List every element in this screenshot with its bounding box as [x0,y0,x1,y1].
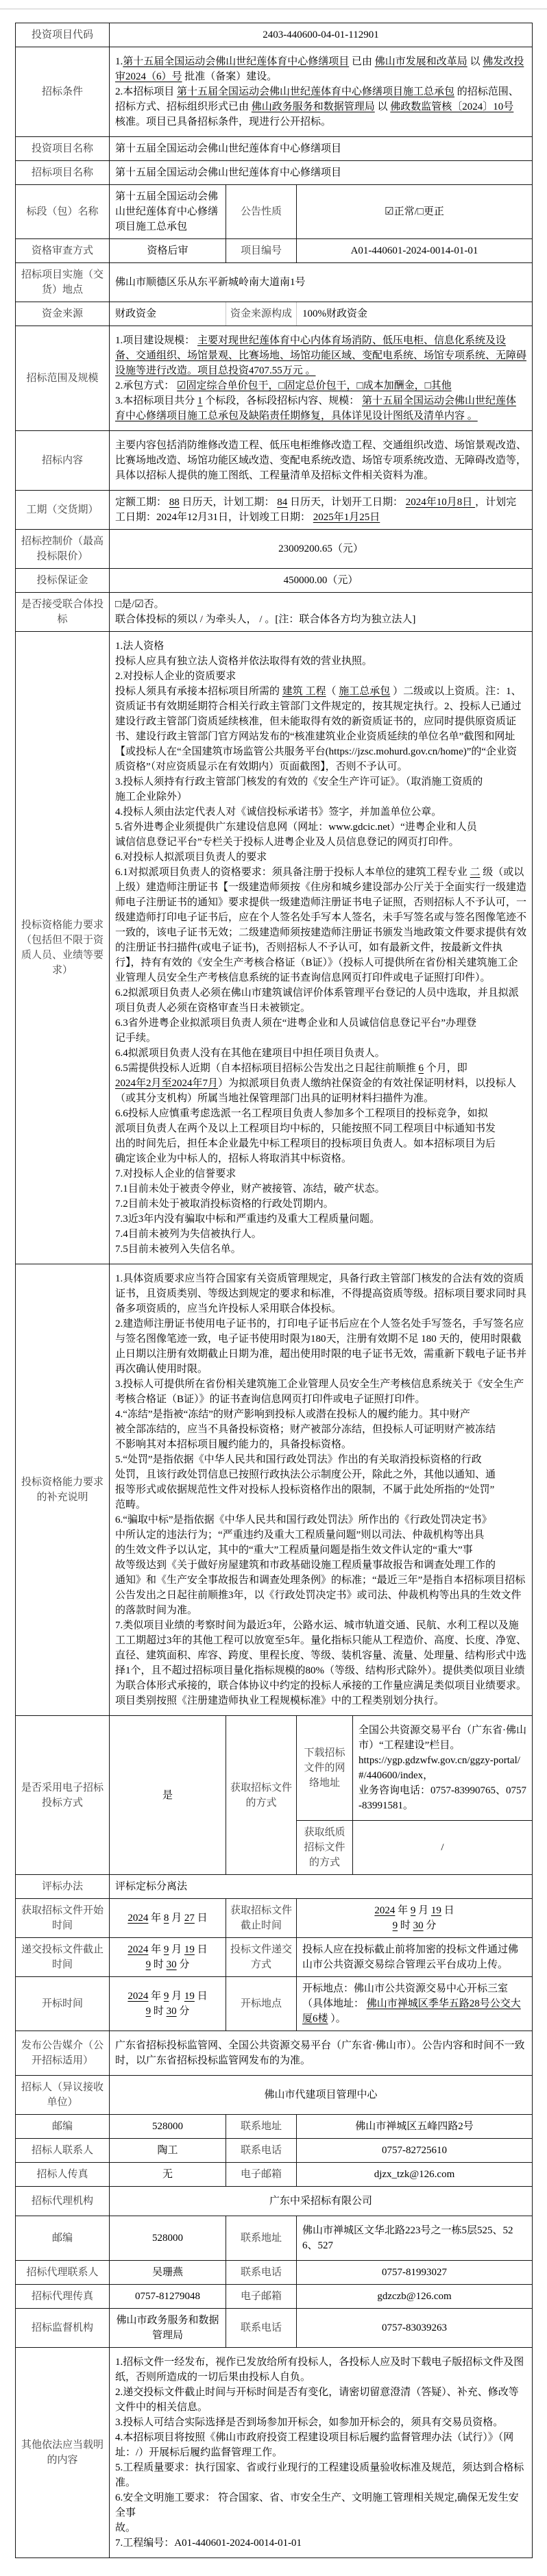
agency-fax-label: 招标代理传真 [16,2285,110,2309]
qualification-supplement-value: 1.具体资质要求应当符合国家有关资质管理规定，具备行政主管部门核发的合法有效的资… [110,1264,533,1716]
tenderer-label: 招标人（异议接收单位） [16,2076,110,2115]
bid-bond-value: 450000.00（元） [110,569,533,593]
agency-email-value: gdzczb@126.com [297,2285,533,2309]
row-section-name: 标段（包）名称 第十五届全国运动会佛山世纪莲体育中心修缮项目施工总承包 公告性质… [16,185,533,239]
consortium-label: 是否接受联合体投标 [16,593,110,632]
submission-deadline-label: 递交投标文件截止时间 [16,1938,110,1977]
fund-source-label: 资金来源 [16,302,110,326]
evaluation-method-label: 评标办法 [16,1875,110,1899]
row-tenderer-postcode: 邮编 528000 联系地址 佛山市禅城区五峰四路2号 [16,2115,533,2139]
location-label: 招标项目实施（交货）地点 [16,263,110,302]
agency-address-label: 联系地址 [226,2216,297,2261]
supervision-phone-value: 0757-83039263 [297,2309,533,2348]
doc-obtain-method-label: 获取招标文件的方式 [226,1716,297,1875]
row-tender-conditions: 招标条件 1.第十五届全国运动会佛山世纪莲体育中心修缮项目 已由 佛山市发展和改… [16,47,533,137]
project-number-value: A01-440601-2024-0014-01-01 [297,239,533,263]
fund-composition-label: 资金来源构成 [226,302,297,326]
doc-obtain-start-value: 2024 年 8 月 27 日 [110,1899,226,1938]
control-price-label: 招标控制价（最高投标限价） [16,530,110,569]
row-agency: 招标代理机构 广东中采招标有限公司 [16,2187,533,2216]
doc-obtain-start-label: 获取招标文件开始时间 [16,1899,110,1938]
row-tender-content: 招标内容 主要内容包括消防维修改造工程、低压电柜维修改造工程、交通组织改造、场馆… [16,431,533,491]
row-tenderer-contact: 招标人联系人 陶工 联系电话 0757-82725610 [16,2139,533,2163]
tenderer-postcode-value: 528000 [110,2115,226,2139]
opening-place-value: 开标地点：佛山市公共资源交易中心开标三室（具体地址： 佛山市禅城区季华五路28号… [297,1977,533,2031]
qualification-requirements-label: 投标资格能力要求（包括但不限于资质人员、业绩等要求） [16,632,110,1264]
tender-project-name-label: 招标项目名称 [16,161,110,185]
consortium-value: □是/☑否。 联合体投标的须以 / 为牵头人， / 。[注：联合体各方均为独立法… [110,593,533,632]
location-value: 佛山市顺德区乐从东平新城岭南大道南1号 [110,263,533,302]
supervision-value: 佛山市政务服务和数据管理局 [110,2309,226,2348]
investment-project-name-label: 投资项目名称 [16,137,110,161]
agency-postcode-value: 528000 [110,2216,226,2261]
agency-label: 招标代理机构 [16,2187,110,2216]
row-location: 招标项目实施（交货）地点 佛山市顺德区乐从东平新城岭南大道南1号 [16,263,533,302]
row-agency-contact: 招标代理联系人 吴珊燕 联系电话 0757-81993027 [16,2261,533,2285]
announcement-media-value: 广东省招标投标监管网、全国公共资源交易平台（广东省·佛山市）。公告内容和时间不一… [110,2031,533,2076]
project-code-label: 投资项目代码 [16,23,110,47]
supervision-label: 招标监督机构 [16,2309,110,2348]
agency-address-value: 佛山市禅城区文华北路223号之一栋5层525、526、527 [297,2216,533,2261]
row-tenderer: 招标人（异议接收单位） 佛山市代建项目管理中心 [16,2076,533,2115]
row-other-contents: 其他依法应当载明的内容 1.招标文件一经发布，视作已发放给所有投标人，各投标人应… [16,2348,533,2558]
tenderer-phone-label: 联系电话 [226,2139,297,2163]
section-name-value: 第十五届全国运动会佛山世纪莲体育中心修缮项目施工总承包 [110,185,226,239]
qualification-supplement-label: 投标资格能力要求的补充说明 [16,1264,110,1716]
opening-place-label: 开标地点 [226,1977,297,2031]
fund-source-value: 财政资金 [110,302,226,326]
row-qualification-review: 资格审查方式 资格后审 项目编号 A01-440601-2024-0014-01… [16,239,533,263]
qualification-review-label: 资格审查方式 [16,239,110,263]
row-agency-fax: 招标代理传真 0757-81279048 电子邮箱 gdzczb@126.com [16,2285,533,2309]
tenderer-contact-label: 招标人联系人 [16,2139,110,2163]
row-opening-time: 开标时间 2024 年 9 月 19 日 9 时 30 分 开标地点 开标地点：… [16,1977,533,2031]
other-contents-value: 1.招标文件一经发布，视作已发放给所有投标人，各投标人应及时下载电子版招标文件及… [110,2348,533,2558]
bid-bond-label: 投标保证金 [16,569,110,593]
agency-value: 广东中采招标有限公司 [110,2187,533,2216]
tenderer-address-value: 佛山市禅城区五峰四路2号 [297,2115,533,2139]
qualification-requirements-value: 1.法人资格 投标人应具有独立法人资格并依法取得有效的营业执照。 2.对投标人企… [110,632,533,1264]
row-evaluation-method: 评标办法 评标定标分离法 [16,1875,533,1899]
qualification-review-value: 资格后审 [110,239,226,263]
tender-conditions-value: 1.第十五届全国运动会佛山世纪莲体育中心修缮项目 已由 佛山市发展和改革局 以 … [110,47,533,137]
opening-time-label: 开标时间 [16,1977,110,2031]
tender-announcement-table: 投资项目代码 2403-440600-04-01-112901 招标条件 1.第… [15,23,533,2558]
announcement-nature-value: ☑正常/□更正 [297,185,533,239]
tenderer-email-label: 电子邮箱 [226,2163,297,2187]
submission-method-value: 投标人应在投标截止前将加密的投标文件通过佛山市公共资源交易综合管理云平台成功上传… [297,1938,533,1977]
tenderer-contact-value: 陶工 [110,2139,226,2163]
project-code-value: 2403-440600-04-01-112901 [110,23,533,47]
agency-postcode-label: 邮编 [16,2216,110,2261]
tender-project-name-value: 第十五届全国运动会佛山世纪莲体育中心修缮项目 [110,161,533,185]
announcement-media-label: 发布公告媒介（公开招标适用） [16,2031,110,2076]
project-number-label: 项目编号 [226,239,297,263]
scope-scale-value: 1.项目建设规模： 主要对现世纪莲体育中心内体育场消防、低压电柜、信息化系统及设… [110,326,533,431]
duration-label: 工期（交货期） [16,491,110,530]
tenderer-postcode-label: 邮编 [16,2115,110,2139]
announcement-nature-label: 公告性质 [226,185,297,239]
tender-conditions-label: 招标条件 [16,47,110,137]
row-scope-scale: 招标范围及规模 1.项目建设规模： 主要对现世纪莲体育中心内体育场消防、低压电柜… [16,326,533,431]
row-tender-project-name: 招标项目名称 第十五届全国运动会佛山世纪莲体育中心修缮项目 [16,161,533,185]
doc-obtain-end-label: 获取招标文件截止时间 [226,1899,297,1938]
submission-deadline-value: 2024 年 9 月 19 日 9 时 30 分 [110,1938,226,1977]
submission-method-label: 投标文件递交方式 [226,1938,297,1977]
row-electronic-bidding: 是否采用电子招标投标方式 是 获取招标文件的方式 下载招标文件的网络地址 全国公… [16,1716,533,1821]
row-doc-obtain-time: 获取招标文件开始时间 2024 年 8 月 27 日 获取招标文件截止时间 20… [16,1899,533,1938]
agency-contact-value: 吴珊燕 [110,2261,226,2285]
paper-doc-value: / [353,1821,533,1875]
row-agency-postcode: 邮编 528000 联系地址 佛山市禅城区文华北路223号之一栋5层525、52… [16,2216,533,2261]
row-bid-bond: 投标保证金 450000.00（元） [16,569,533,593]
electronic-bidding-label: 是否采用电子招标投标方式 [16,1716,110,1875]
download-address-label: 下载招标文件的网络地址 [297,1716,353,1821]
electronic-bidding-value: 是 [110,1716,226,1875]
tenderer-value: 佛山市代建项目管理中心 [110,2076,533,2115]
evaluation-method-value: 评标定标分离法 [110,1875,533,1899]
fund-composition-value: 100%财政资金 [297,302,533,326]
row-supervision: 招标监督机构 佛山市政务服务和数据管理局 联系电话 0757-83039263 [16,2309,533,2348]
supervision-phone-label: 联系电话 [226,2309,297,2348]
agency-phone-label: 联系电话 [226,2261,297,2285]
tenderer-email-value: djzx_tzk@126.com [297,2163,533,2187]
agency-email-label: 电子邮箱 [226,2285,297,2309]
download-address-value: 全国公共资源交易平台（广东省·佛山市）“工程建设”栏目。 https://ygp… [353,1716,533,1821]
agency-contact-label: 招标代理联系人 [16,2261,110,2285]
investment-project-name-value: 第十五届全国运动会佛山世纪莲体育中心修缮项目 [110,137,533,161]
tenderer-phone-value: 0757-82725610 [297,2139,533,2163]
page-top-divider [0,0,547,10]
row-fund-source: 资金来源 财政资金 资金来源构成 100%财政资金 [16,302,533,326]
section-name-label: 标段（包）名称 [16,185,110,239]
duration-value: 定额工期： 88 日历天，计划工期： 84 日历天，计划开工日期： 2024年1… [110,491,533,530]
tender-content-label: 招标内容 [16,431,110,491]
row-announcement-media: 发布公告媒介（公开招标适用） 广东省招标投标监管网、全国公共资源交易平台（广东省… [16,2031,533,2076]
doc-obtain-end-value: 2024 年 9 月 19 日 9 时 30 分 [297,1899,533,1938]
row-project-code: 投资项目代码 2403-440600-04-01-112901 [16,23,533,47]
opening-time-value: 2024 年 9 月 19 日 9 时 30 分 [110,1977,226,2031]
scope-scale-label: 招标范围及规模 [16,326,110,431]
row-tenderer-fax: 招标人传真 无 电子邮箱 djzx_tzk@126.com [16,2163,533,2187]
row-consortium: 是否接受联合体投标 □是/☑否。 联合体投标的须以 / 为牵头人， / 。[注：… [16,593,533,632]
row-investment-project-name: 投资项目名称 第十五届全国运动会佛山世纪莲体育中心修缮项目 [16,137,533,161]
row-control-price: 招标控制价（最高投标限价） 23009200.65（元） [16,530,533,569]
agency-phone-value: 0757-81993027 [297,2261,533,2285]
other-contents-label: 其他依法应当载明的内容 [16,2348,110,2558]
row-submission-deadline: 递交投标文件截止时间 2024 年 9 月 19 日 9 时 30 分 投标文件… [16,1938,533,1977]
tender-content-value: 主要内容包括消防维修改造工程、低压电柜维修改造工程、交通组织改造、场馆景观改造、… [110,431,533,491]
tenderer-fax-value: 无 [110,2163,226,2187]
control-price-value: 23009200.65（元） [110,530,533,569]
agency-fax-value: 0757-81279048 [110,2285,226,2309]
tenderer-fax-label: 招标人传真 [16,2163,110,2187]
tenderer-address-label: 联系地址 [226,2115,297,2139]
paper-doc-label: 获取纸质招标文件的方式 [297,1821,353,1875]
row-qualification-supplement: 投标资格能力要求的补充说明 1.具体资质要求应当符合国家有关资质管理规定，具备行… [16,1264,533,1716]
row-qualification-requirements: 投标资格能力要求（包括但不限于资质人员、业绩等要求） 1.法人资格 投标人应具有… [16,632,533,1264]
row-duration: 工期（交货期） 定额工期： 88 日历天，计划工期： 84 日历天，计划开工日期… [16,491,533,530]
